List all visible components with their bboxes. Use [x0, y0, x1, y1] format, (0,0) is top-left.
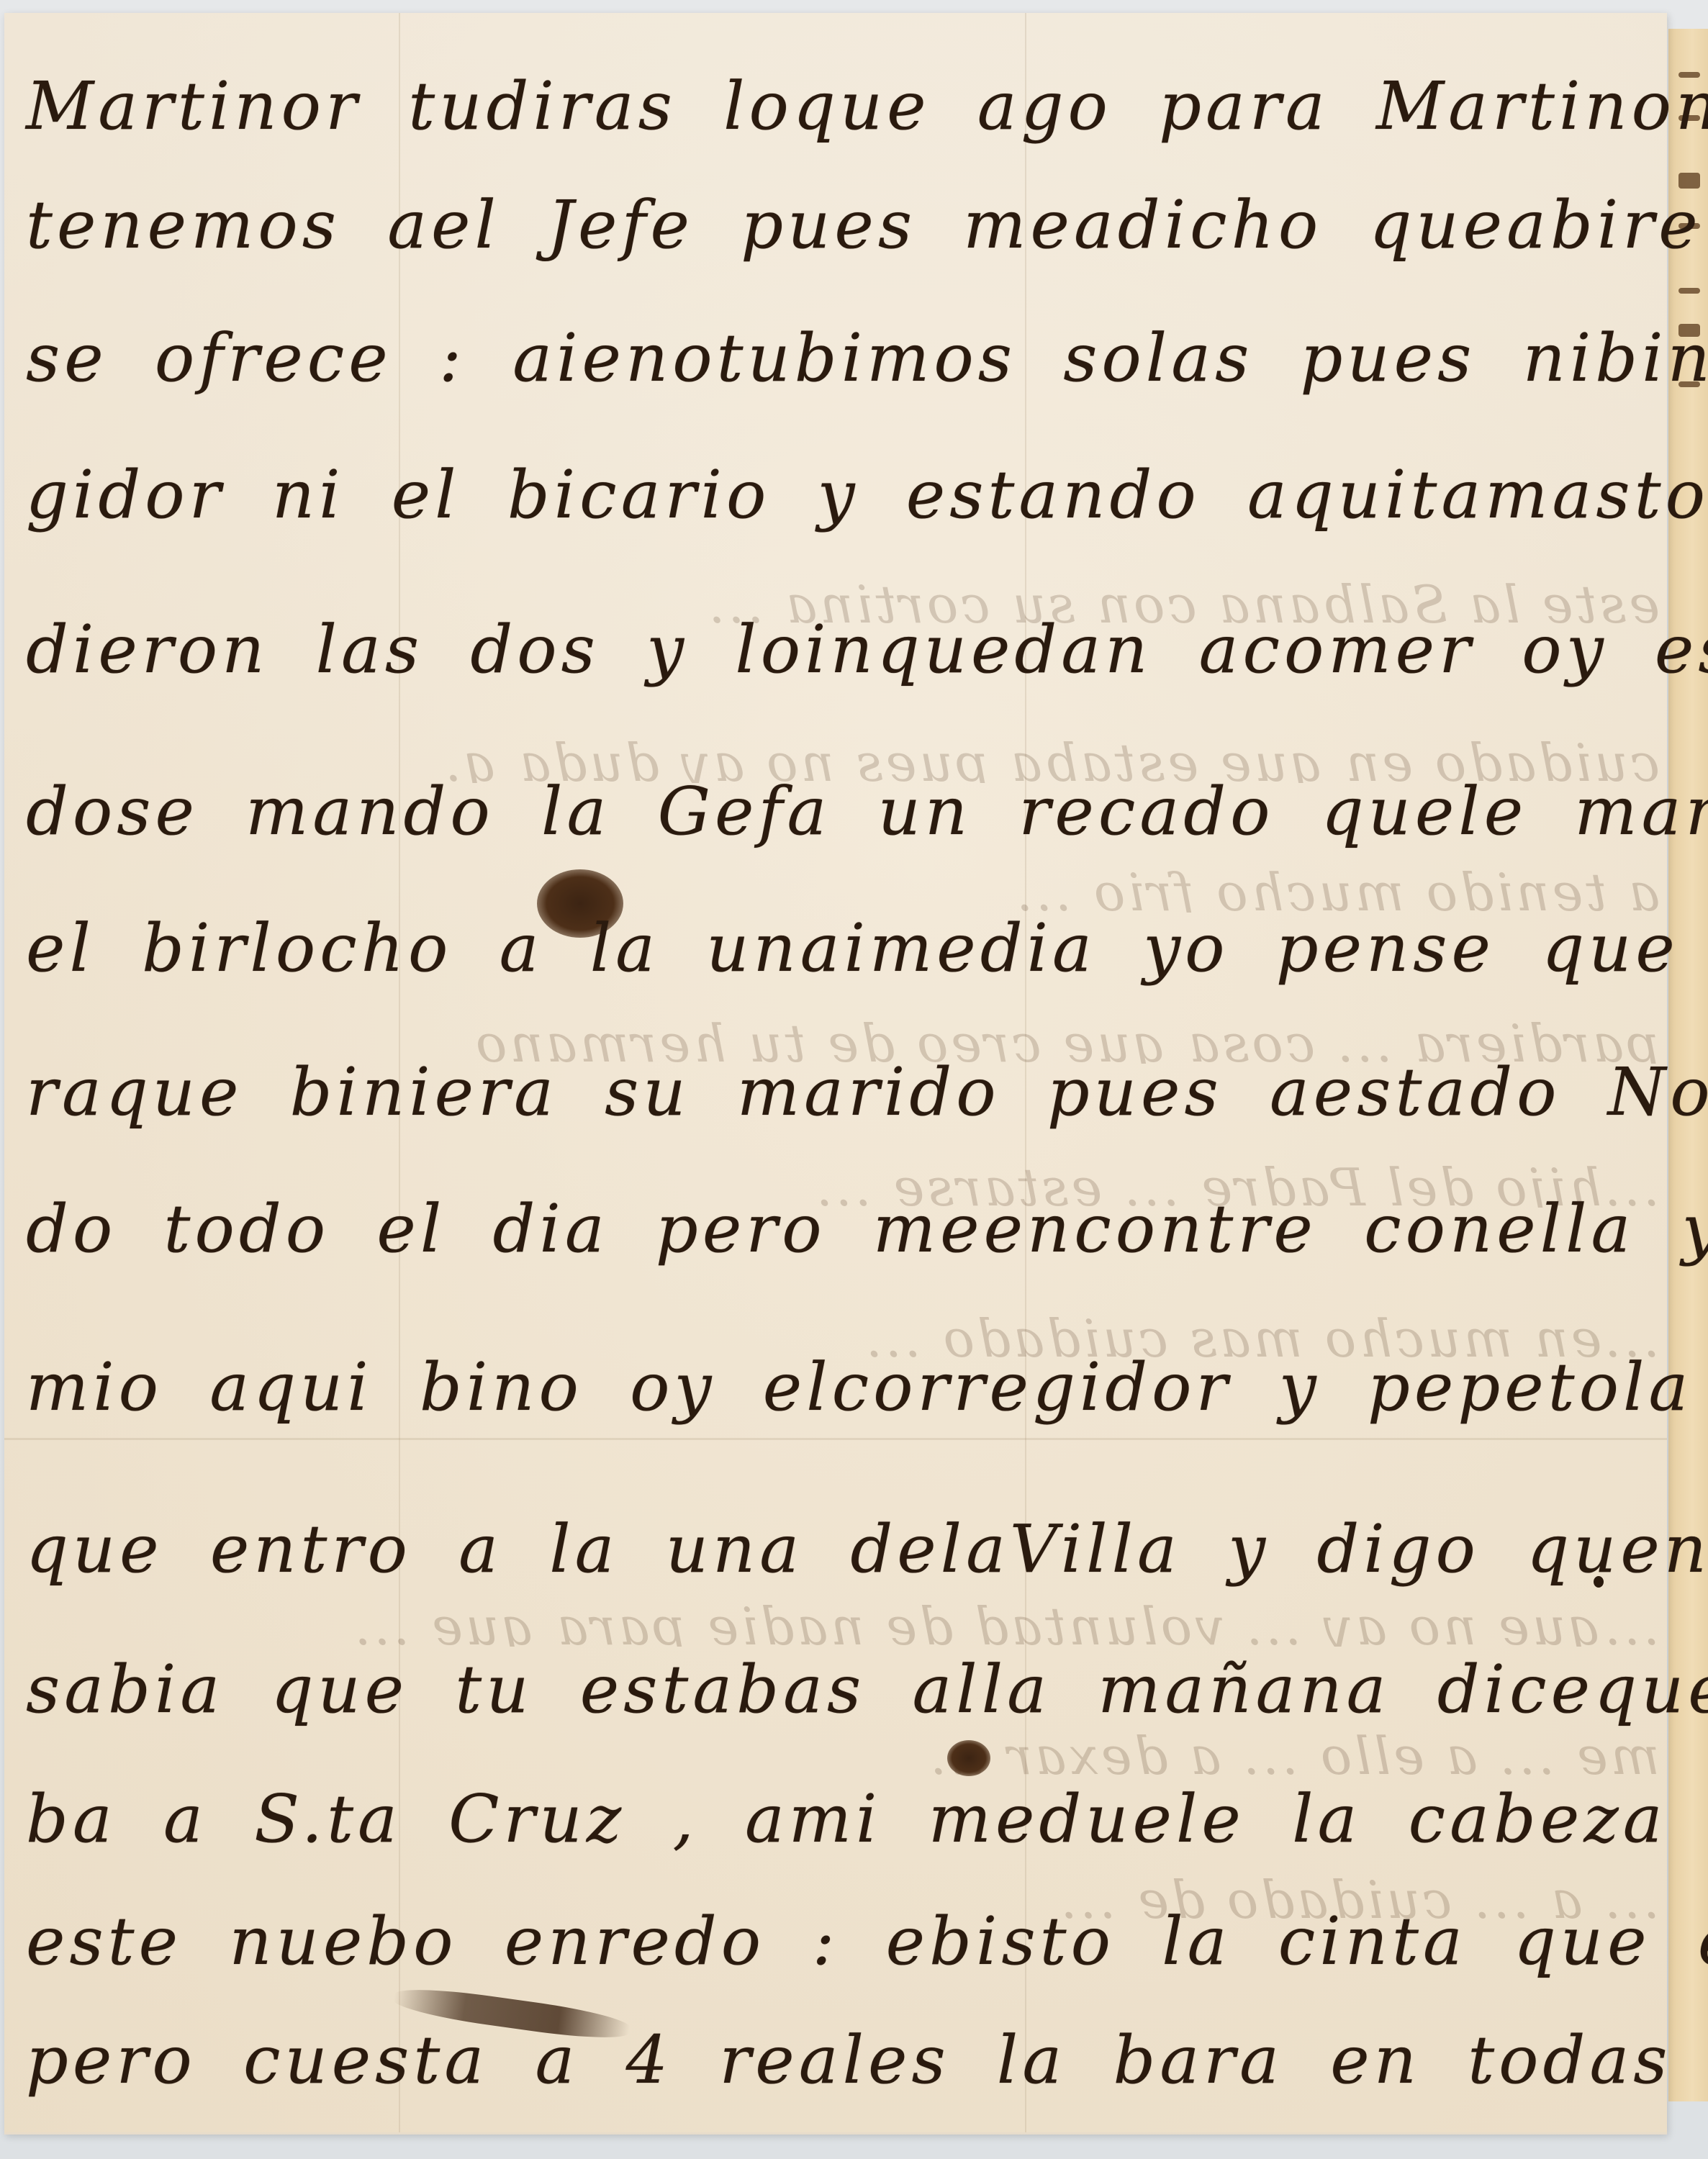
bleed-through-text: a tenido mucho frio ... [12, 862, 1660, 913]
manuscript-line: se ofrece : aienotubimos solas pues nibi… [26, 319, 1638, 398]
manuscript-line: ba a S.ta Cruz , ami meduele la cabeza c… [26, 1780, 1638, 1859]
manuscript-line: dieron las dos y loinquedan acomer oy es… [26, 610, 1638, 689]
manuscript-line: el birlocho a la unaimedia yo pense que … [26, 909, 1638, 988]
manuscript-line: dose mando la Gefa un recado quele manda… [26, 772, 1638, 851]
manuscript-line: Martinor tudiras loque ago para Martinon [26, 67, 1638, 146]
bleed-through-text: me ... a ello ... a dexar ... [12, 1726, 1660, 1776]
ink-blot [947, 1740, 990, 1776]
manuscript-line: sabia que tu estabas alla mañana diceque [26, 1650, 1638, 1729]
manuscript-line: gidor ni el bicario y estando aquitamast… [26, 456, 1638, 535]
manuscript-line: que entro a la una delaVilla y digo quen… [26, 1510, 1638, 1589]
manuscript-line: tenemos ael Jefe pues meadicho queabire … [26, 186, 1638, 265]
manuscript-line: do todo el dia pero meencontre conella y… [26, 1190, 1638, 1269]
bleed-through-text: ...que no ay ... voluntad de nadie para … [12, 1596, 1660, 1647]
manuscript-page: este la Salbana con su cortina ... cuida… [4, 13, 1667, 2135]
manuscript-line: raque biniera su marido pues aestado Nob… [26, 1053, 1638, 1132]
ink-mark [1678, 288, 1700, 294]
fold-crease [4, 1438, 1667, 1440]
manuscript-line: pero cuesta a 4 reales la bara en todas … [26, 2021, 1638, 2100]
manuscript-line: mio aqui bino oy elcorregidor y pepetola… [26, 1348, 1638, 1427]
manuscript-line: este nuebo enredo : ebisto la cinta que … [26, 1902, 1638, 1981]
